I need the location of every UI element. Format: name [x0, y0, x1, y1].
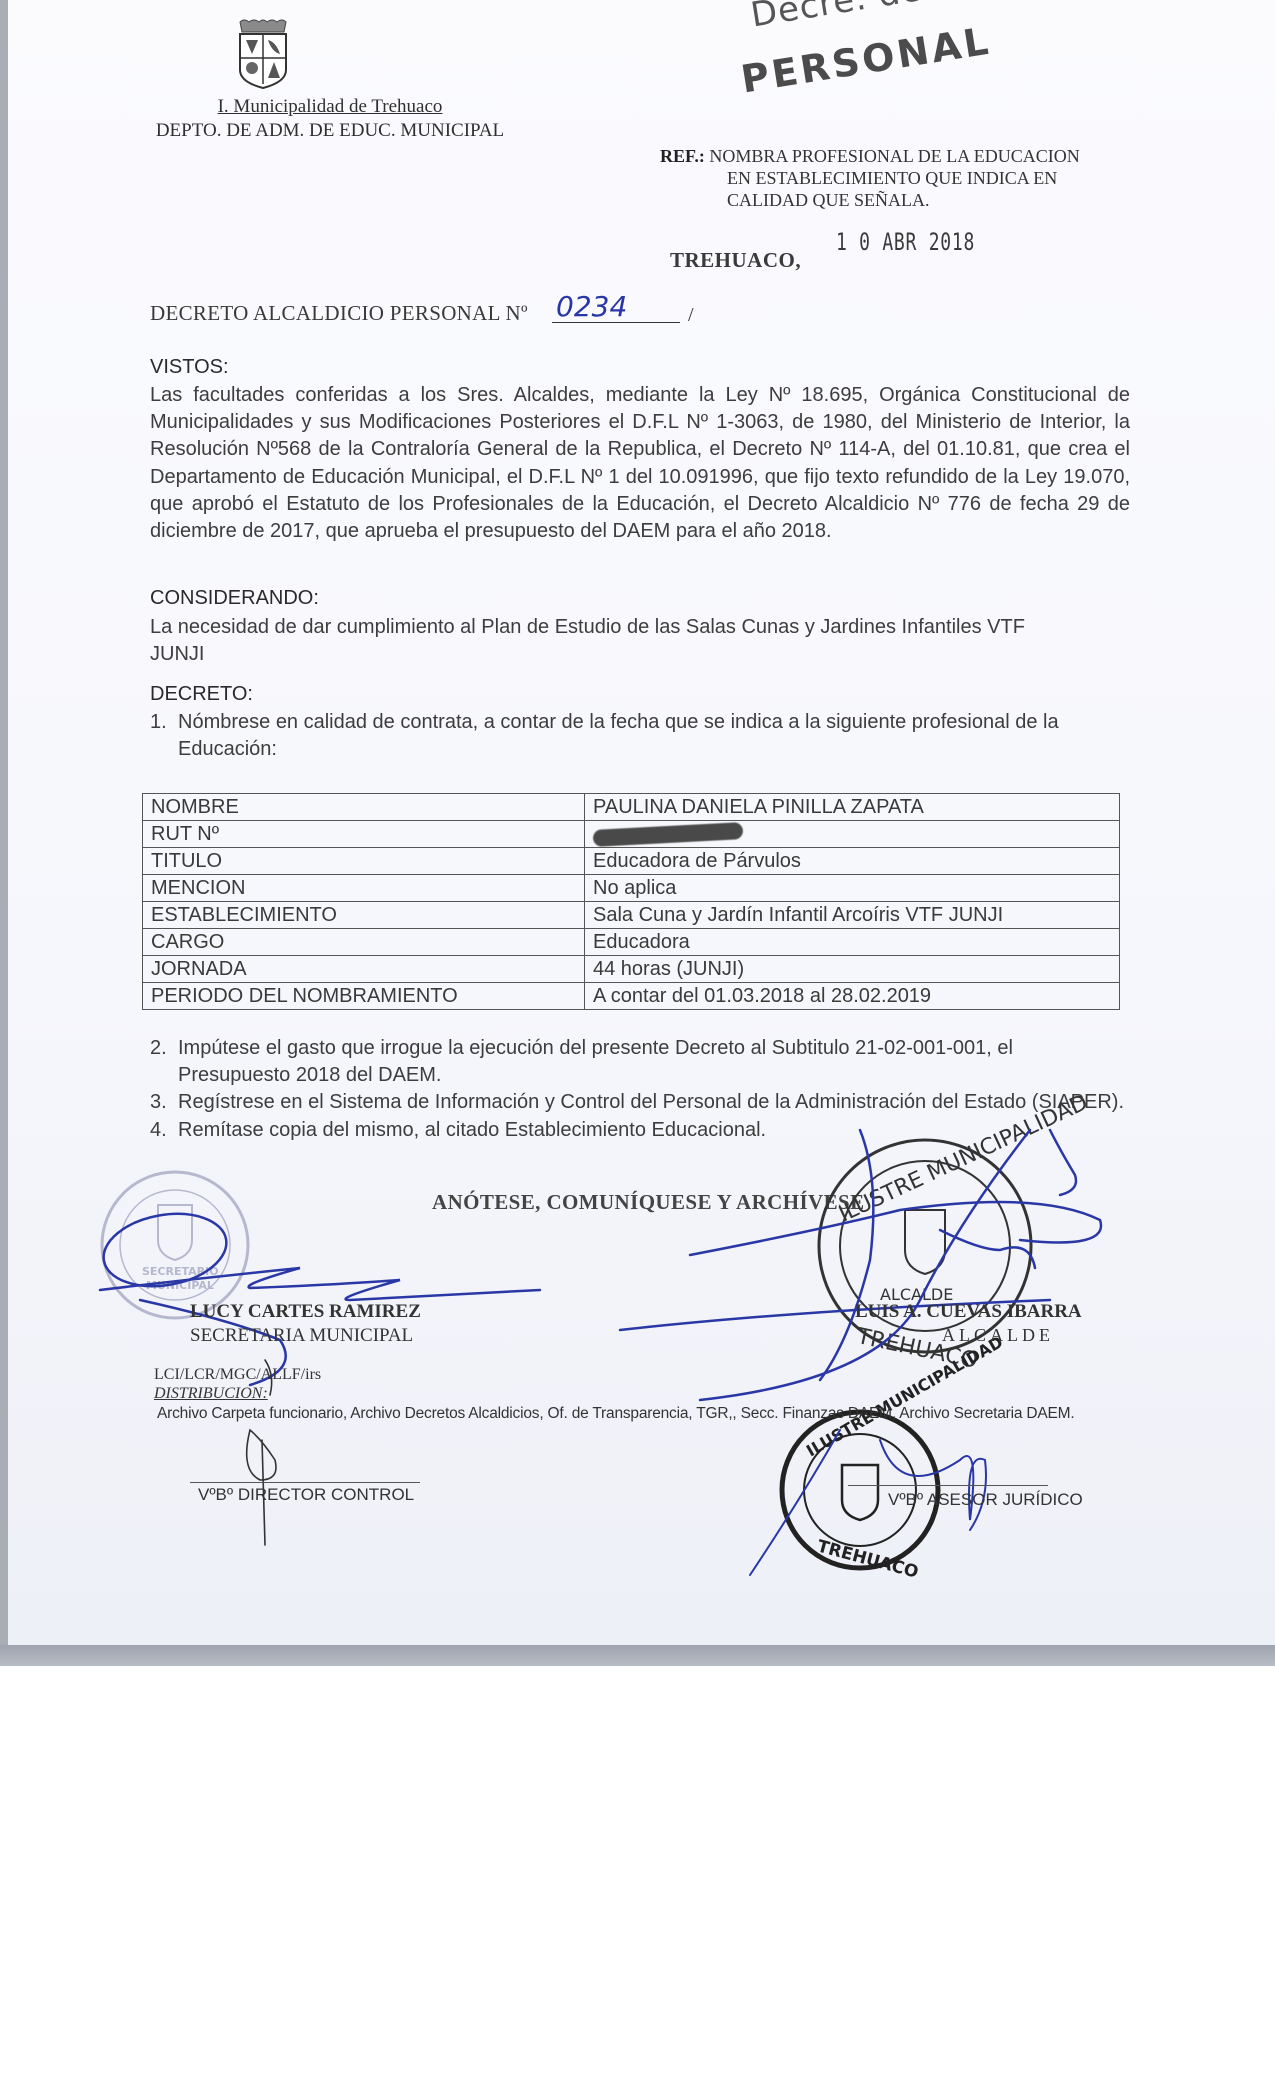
decree-item-text: Impútese el gasto que irrogue la ejecuci…	[178, 1035, 1130, 1089]
decree-number-label: DECRETO ALCALDICIO PERSONAL Nº	[150, 301, 528, 326]
control-signature-line	[190, 1482, 420, 1483]
city: TREHUACO,	[670, 248, 801, 273]
decree-item: 1. Nómbrese en calidad de contrata, a co…	[150, 709, 1130, 763]
mayor-name: LUIS A. CUEVAS IBARRA	[855, 1301, 1082, 1323]
field-label: CARGO	[143, 929, 585, 956]
field-value: A contar del 01.03.2018 al 28.02.2019	[585, 983, 1120, 1010]
field-label: TITULO	[143, 848, 585, 875]
secretary-title: SECRETARIA MUNICIPAL	[190, 1325, 413, 1347]
table-row: ESTABLECIMIENTOSala Cuna y Jardín Infant…	[143, 902, 1120, 929]
field-label: JORNADA	[143, 956, 585, 983]
considerando-line: La necesidad de dar cumplimiento al Plan…	[150, 614, 1130, 641]
considerando-heading: CONSIDERANDO:	[150, 587, 319, 610]
closing-formula: ANÓTESE, COMUNÍQUESE Y ARCHÍVESE	[432, 1190, 865, 1215]
secretary-name: LUCY CARTES RAMIREZ	[190, 1301, 421, 1323]
decree-number-suffix: /	[688, 304, 694, 327]
table-row: JORNADA44 horas (JUNJI)	[143, 956, 1120, 983]
decree-item-text: Nómbrese en calidad de contrata, a conta…	[178, 709, 1130, 763]
field-value	[585, 821, 1120, 848]
control-approval-label: VºBº DIRECTOR CONTROL	[198, 1485, 414, 1505]
distribution-list: Archivo Carpeta funcionario, Archivo Dec…	[157, 1405, 1074, 1423]
field-value: Educadora de Párvulos	[585, 848, 1120, 875]
table-row: NOMBREPAULINA DANIELA PINILLA ZAPATA	[143, 794, 1120, 821]
decree-items-list: 2. Impútese el gasto que irrogue la ejec…	[150, 1035, 1130, 1144]
field-value: PAULINA DANIELA PINILLA ZAPATA	[585, 794, 1120, 821]
decree-item: 2. Impútese el gasto que irrogue la ejec…	[150, 1035, 1130, 1089]
scan-shadow	[0, 1645, 1275, 1666]
decree-item-number: 4.	[150, 1117, 178, 1144]
mayor-title: ALCALDE	[942, 1325, 1054, 1346]
decree-item: 4. Remítase copia del mismo, al citado E…	[150, 1117, 1130, 1144]
municipal-crest-icon	[234, 18, 292, 90]
reference-block: REF.: NOMBRA PROFESIONAL DE LA EDUCACION…	[660, 145, 1080, 211]
decreto-heading: DECRETO:	[150, 683, 253, 706]
considerando-line: JUNJI	[150, 641, 1130, 668]
redacted-rut	[593, 822, 744, 847]
decree-item-number: 3.	[150, 1089, 178, 1116]
field-value: No aplica	[585, 875, 1120, 902]
legal-approval-label: VºBº ASESOR JURÍDICO	[888, 1490, 1083, 1510]
field-label: PERIODO DEL NOMBRAMIENTO	[143, 983, 585, 1010]
decree-item-number: 1.	[150, 709, 178, 763]
decree-item-number: 2.	[150, 1035, 178, 1089]
field-label: ESTABLECIMIENTO	[143, 902, 585, 929]
field-label: NOMBRE	[143, 794, 585, 821]
field-value: 44 horas (JUNJI)	[585, 956, 1120, 983]
vistos-text: Las facultades conferidas a los Sres. Al…	[150, 382, 1130, 545]
table-row: TITULOEducadora de Párvulos	[143, 848, 1120, 875]
considerando-text: La necesidad de dar cumplimiento al Plan…	[150, 614, 1130, 668]
reference-line: CALIDAD QUE SEÑALA.	[660, 189, 1080, 211]
date-stamp: 1 0 ABR 2018	[836, 228, 975, 256]
decree-item-text: Regístrese en el Sistema de Información …	[178, 1089, 1124, 1116]
legal-signature-line	[848, 1485, 1048, 1486]
decree-item: 3. Regístrese en el Sistema de Informaci…	[150, 1089, 1130, 1116]
table-row: PERIODO DEL NOMBRAMIENTOA contar del 01.…	[143, 983, 1120, 1010]
reference-line: NOMBRA PROFESIONAL DE LA EDUCACION	[709, 146, 1079, 166]
municipality-name: I. Municipalidad de Trehuaco	[150, 96, 510, 118]
decree-item-text: Remítase copia del mismo, al citado Esta…	[178, 1117, 766, 1144]
reference-line: EN ESTABLECIMIENTO QUE INDICA EN	[660, 167, 1080, 189]
decree-number-handwritten: 0234	[556, 290, 627, 323]
reference-label: REF.:	[660, 146, 705, 166]
drafting-initials: LCI/LCR/MGC/ALLF/irs	[154, 1366, 321, 1384]
vistos-heading: VISTOS:	[150, 356, 229, 379]
field-value: Educadora	[585, 929, 1120, 956]
field-label: RUT Nº	[143, 821, 585, 848]
table-row: RUT Nº	[143, 821, 1120, 848]
field-value: Sala Cuna y Jardín Infantil Arcoíris VTF…	[585, 902, 1120, 929]
table-row: CARGOEducadora	[143, 929, 1120, 956]
field-label: MENCION	[143, 875, 585, 902]
table-row: MENCIONNo aplica	[143, 875, 1120, 902]
distribution-label: DISTRIBUCION:	[154, 1385, 268, 1403]
department-name: DEPTO. DE ADM. DE EDUC. MUNICIPAL	[148, 120, 512, 142]
appointment-table: NOMBREPAULINA DANIELA PINILLA ZAPATARUT …	[142, 793, 1120, 1010]
